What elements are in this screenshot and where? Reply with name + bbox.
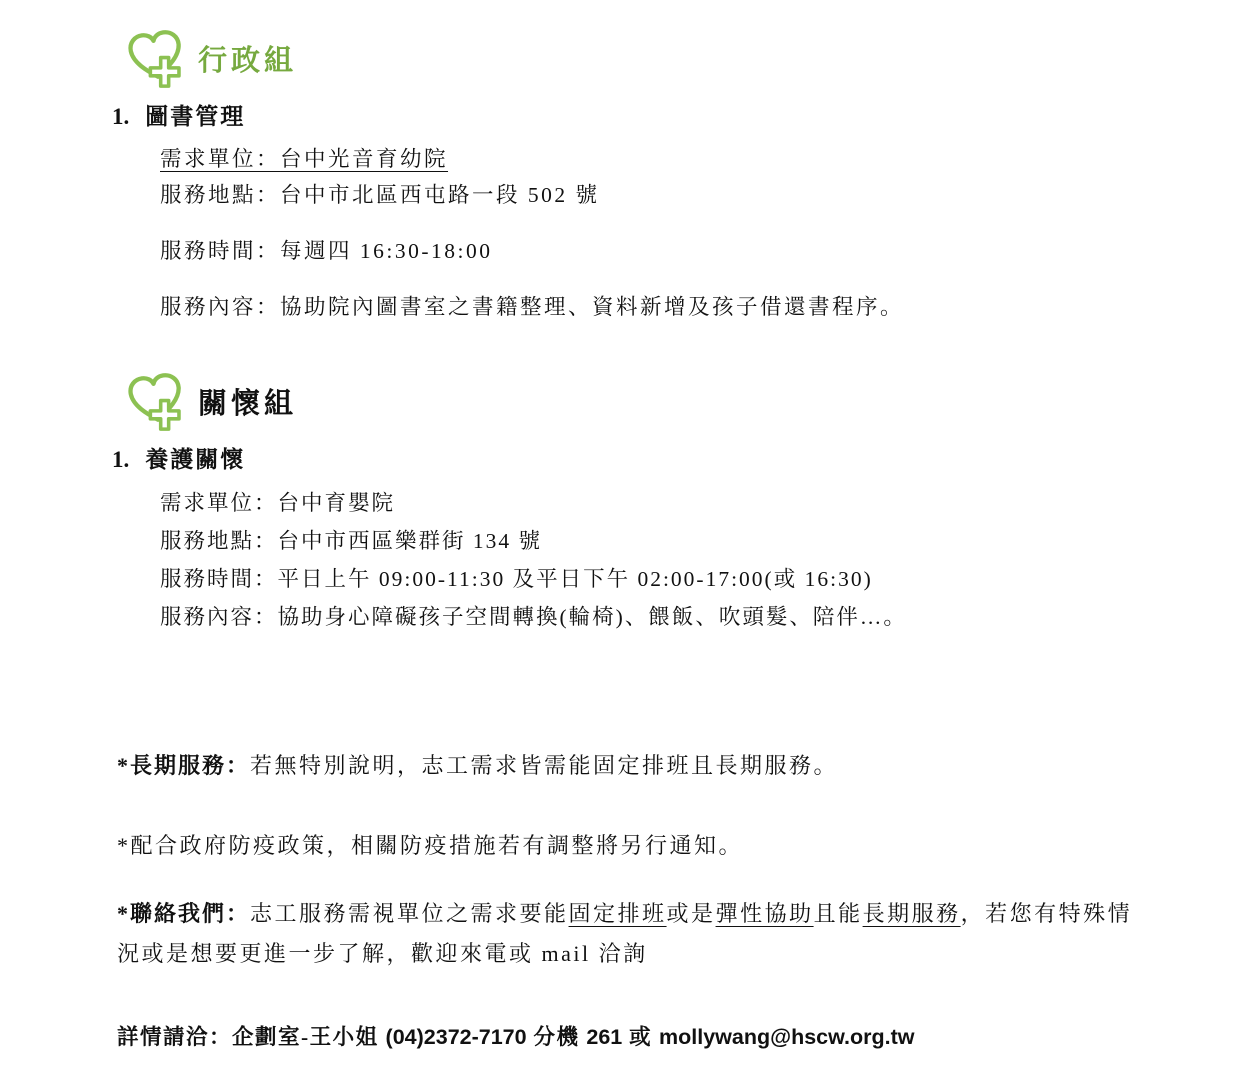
phone-number: (04)2372-7170 [386, 1025, 527, 1049]
note-text: *配合政府防疫政策，相關防疫措施若有調整將另行通知。 [117, 833, 743, 858]
item-title-nursing: 1.養護關懷 [112, 441, 1240, 474]
item-name: 圖書管理 [145, 104, 245, 129]
section-header-care: 關懷組 [126, 369, 1240, 433]
item-fields-nursing: 需求單位：台中育嬰院 服務地點：台中市西區樂群街 134 號 服務時間：平日上午… [160, 484, 1240, 636]
note-underlined-term: 固定排班 [569, 901, 667, 926]
footer-text: 詳情請洽：企劃室-王小姐 [117, 1025, 386, 1049]
item-number: 1. [112, 447, 129, 472]
detail-line-content: 服務內容：協助身心障礙孩子空間轉換(輪椅)、餵飯、吹頭髮、陪伴…。 [160, 598, 1240, 636]
field-value: 台中市北區西屯路一段 502 號 [280, 183, 600, 207]
note-text: 若無特別說明，志工需求皆需能固定排班且長期服務。 [250, 753, 838, 778]
note-text: 志工服務需視單位之需求要能 [250, 901, 569, 926]
note-underlined-term: 彈性協助 [716, 901, 814, 926]
item-name: 養護關懷 [145, 447, 245, 472]
item-title-library: 1.圖書管理 [112, 98, 1240, 131]
field-value: 平日上午 09:00-11:30 及平日下午 02:00-17:00(或 16:… [278, 567, 873, 591]
email-address: mollywang@hscw.org.tw [659, 1025, 915, 1049]
detail-line-content: 服務內容：協助院內圖書室之書籍整理、資料新增及孩子借還書程序。 [160, 289, 1240, 325]
detail-line-time: 服務時間：平日上午 09:00-11:30 及平日下午 02:00-17:00(… [160, 560, 1240, 598]
note-covid-policy: *配合政府防疫政策，相關防疫措施若有調整將另行通知。 [117, 826, 1240, 866]
note-text: 且能 [814, 901, 863, 926]
field-value: 每週四 16:30-18:00 [280, 239, 492, 263]
detail-line-unit: 需求單位：台中光音育幼院 [160, 141, 1240, 177]
field-label: 需求單位： [160, 491, 278, 515]
document-page: 行政組 1.圖書管理 需求單位：台中光音育幼院 服務地點：台中市北區西屯路一段 … [0, 0, 1240, 1068]
note-long-term-service: *長期服務：若無特別說明，志工需求皆需能固定排班且長期服務。 [117, 746, 1240, 786]
footer-text: 分機 [527, 1025, 587, 1049]
field-value: 台中市西區樂群街 134 號 [278, 529, 543, 553]
heart-plus-icon [126, 26, 186, 90]
field-label: 服務內容： [160, 605, 278, 629]
detail-line-location: 服務地點：台中市北區西屯路一段 502 號 [160, 177, 1240, 213]
note-label: *聯絡我們： [117, 901, 250, 926]
heart-plus-icon [126, 369, 186, 433]
field-value: 台中育嬰院 [278, 491, 396, 515]
footer-contact-line: 詳情請洽：企劃室-王小姐 (04)2372-7170 分機 261 或 moll… [117, 1020, 1240, 1051]
section-title-admin: 行政組 [198, 38, 297, 79]
field-label: 需求單位： [160, 147, 280, 171]
item-fields-library: 需求單位：台中光音育幼院 服務地點：台中市北區西屯路一段 502 號 服務時間：… [160, 141, 1240, 325]
field-value: 台中光音育幼院 [280, 147, 448, 171]
note-underlined-term: 長期服務 [863, 901, 961, 926]
field-value: 協助院內圖書室之書籍整理、資料新增及孩子借還書程序。 [280, 295, 904, 319]
field-label: 服務地點： [160, 183, 280, 207]
detail-line-time: 服務時間：每週四 16:30-18:00 [160, 233, 1240, 269]
detail-line-location: 服務地點：台中市西區樂群街 134 號 [160, 522, 1240, 560]
field-label: 服務時間： [160, 567, 278, 591]
detail-line-unit: 需求單位：台中育嬰院 [160, 484, 1240, 522]
note-text: 或是 [667, 901, 716, 926]
section-header-admin: 行政組 [126, 0, 1240, 90]
field-label: 服務地點： [160, 529, 278, 553]
field-label: 服務時間： [160, 239, 280, 263]
extension-number: 261 [586, 1025, 622, 1049]
note-label: *長期服務： [117, 753, 250, 778]
field-value: 協助身心障礙孩子空間轉換(輪椅)、餵飯、吹頭髮、陪伴…。 [278, 605, 907, 629]
footer-text: 或 [622, 1025, 659, 1049]
note-contact-us: *聯絡我們：志工服務需視單位之需求要能固定排班或是彈性協助且能長期服務，若您有特… [117, 894, 1147, 974]
field-label: 服務內容： [160, 295, 280, 319]
section-title-care: 關懷組 [198, 381, 297, 422]
item-number: 1. [112, 104, 129, 129]
